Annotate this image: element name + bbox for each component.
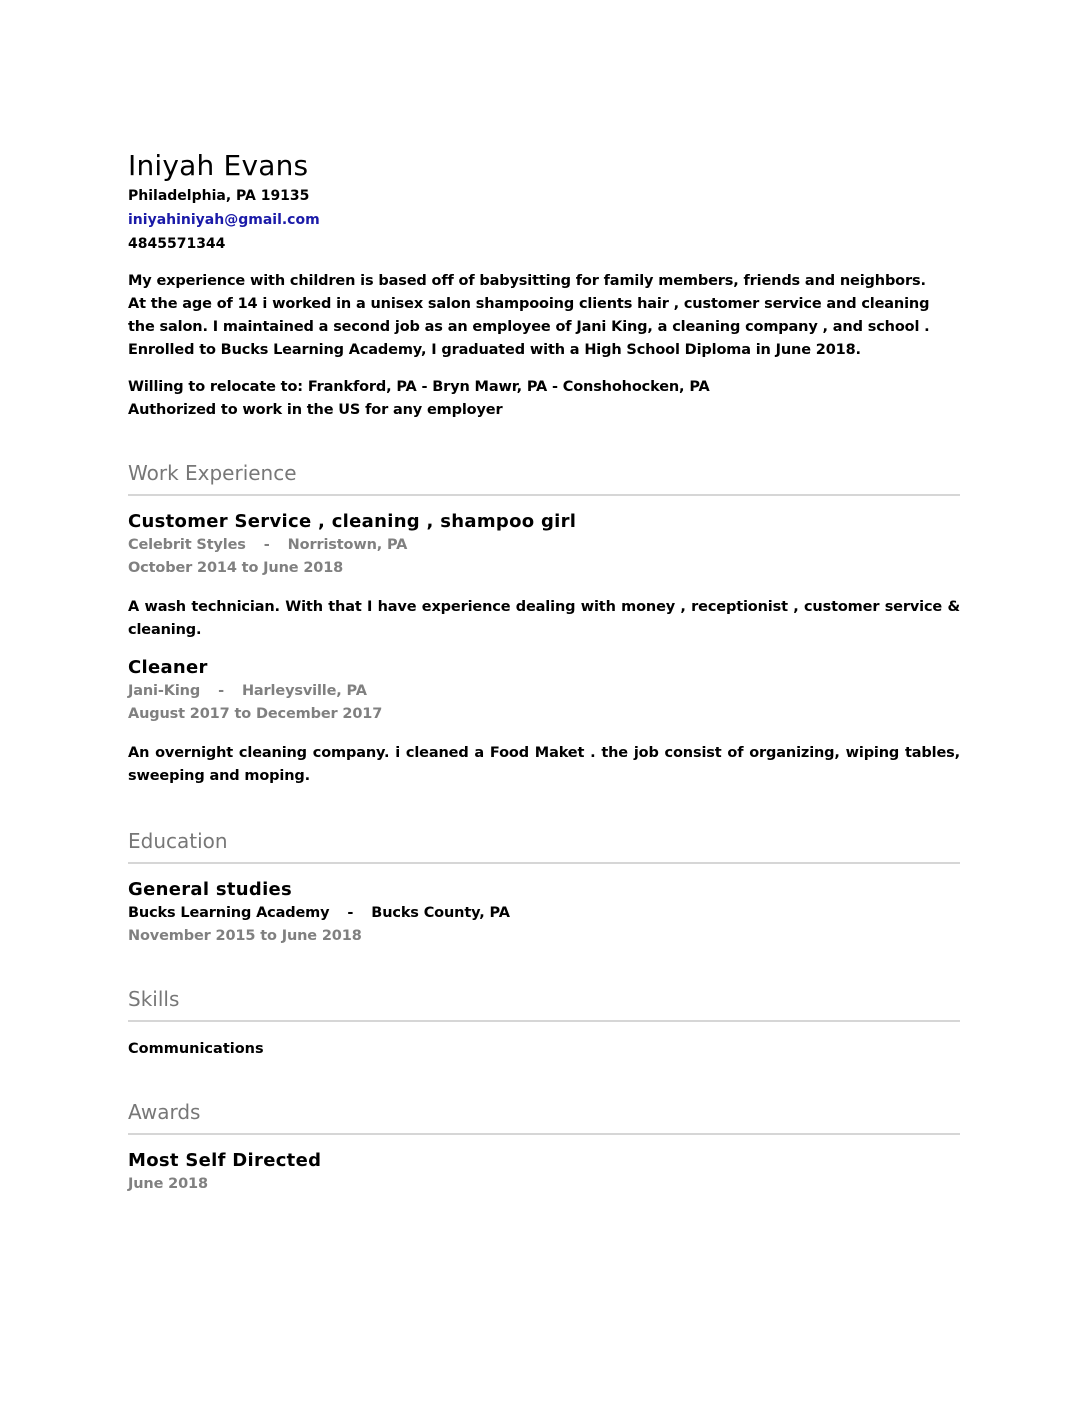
education-section: Education General studies Bucks Learning… (128, 828, 960, 948)
job-entry: Cleaner Jani-King-Harleysville, PA Augus… (128, 656, 960, 788)
separator: - (246, 534, 288, 557)
section-title: Skills (128, 986, 960, 1022)
job-entry: Customer Service , cleaning , shampoo gi… (128, 510, 960, 642)
separator: - (329, 902, 371, 925)
work-experience-section: Work Experience Customer Service , clean… (128, 460, 960, 788)
summary-line: Enrolled to Bucks Learning Academy, I gr… (128, 339, 960, 362)
candidate-name: Iniyah Evans (128, 148, 960, 184)
awards-section: Awards Most Self Directed June 2018 (128, 1099, 960, 1196)
section-title: Awards (128, 1099, 960, 1135)
award-name: Most Self Directed (128, 1149, 960, 1173)
contact-block: Philadelphia, PA 19135 iniyahiniyah@gmai… (128, 184, 960, 256)
award-entry: Most Self Directed June 2018 (128, 1149, 960, 1196)
education-entry: General studies Bucks Learning Academy-B… (128, 878, 960, 948)
relocation-info: Willing to relocate to: Frankford, PA - … (128, 376, 960, 422)
job-description: An overnight cleaning company. i cleaned… (128, 742, 960, 788)
job-title: Customer Service , cleaning , shampoo gi… (128, 510, 960, 534)
job-company-location: Jani-King-Harleysville, PA (128, 680, 960, 703)
job-description: A wash technician. With that I have expe… (128, 596, 960, 642)
school-location: Bucks Learning Academy-Bucks County, PA (128, 902, 960, 925)
degree: General studies (128, 878, 960, 902)
summary-line: At the age of 14 i worked in a unisex sa… (128, 293, 960, 316)
job-company-location: Celebrit Styles-Norristown, PA (128, 534, 960, 557)
summary-line: the salon. I maintained a second job as … (128, 316, 960, 339)
section-title: Education (128, 828, 960, 864)
award-date: June 2018 (128, 1173, 960, 1196)
resume-page: Iniyah Evans Philadelphia, PA 19135 iniy… (128, 148, 960, 1196)
phone: 4845571344 (128, 232, 960, 256)
separator: - (200, 680, 242, 703)
job-location: Norristown, PA (288, 537, 408, 553)
email-link[interactable]: iniyahiniyah@gmail.com (128, 208, 960, 232)
job-dates: October 2014 to June 2018 (128, 557, 960, 580)
relocate-text: Willing to relocate to: Frankford, PA - … (128, 376, 960, 399)
work-authorization: Authorized to work in the US for any emp… (128, 399, 960, 422)
skill-item: Communications (128, 1038, 960, 1061)
education-dates: November 2015 to June 2018 (128, 925, 960, 948)
section-title: Work Experience (128, 460, 960, 496)
school-location-text: Bucks County, PA (371, 905, 509, 921)
location: Philadelphia, PA 19135 (128, 184, 960, 208)
summary: My experience with children is based off… (128, 270, 960, 362)
job-location: Harleysville, PA (242, 683, 367, 699)
company: Celebrit Styles (128, 537, 246, 553)
job-title: Cleaner (128, 656, 960, 680)
skills-section: Skills Communications (128, 986, 960, 1061)
summary-line: My experience with children is based off… (128, 270, 960, 293)
school: Bucks Learning Academy (128, 905, 329, 921)
company: Jani-King (128, 683, 200, 699)
job-dates: August 2017 to December 2017 (128, 703, 960, 726)
